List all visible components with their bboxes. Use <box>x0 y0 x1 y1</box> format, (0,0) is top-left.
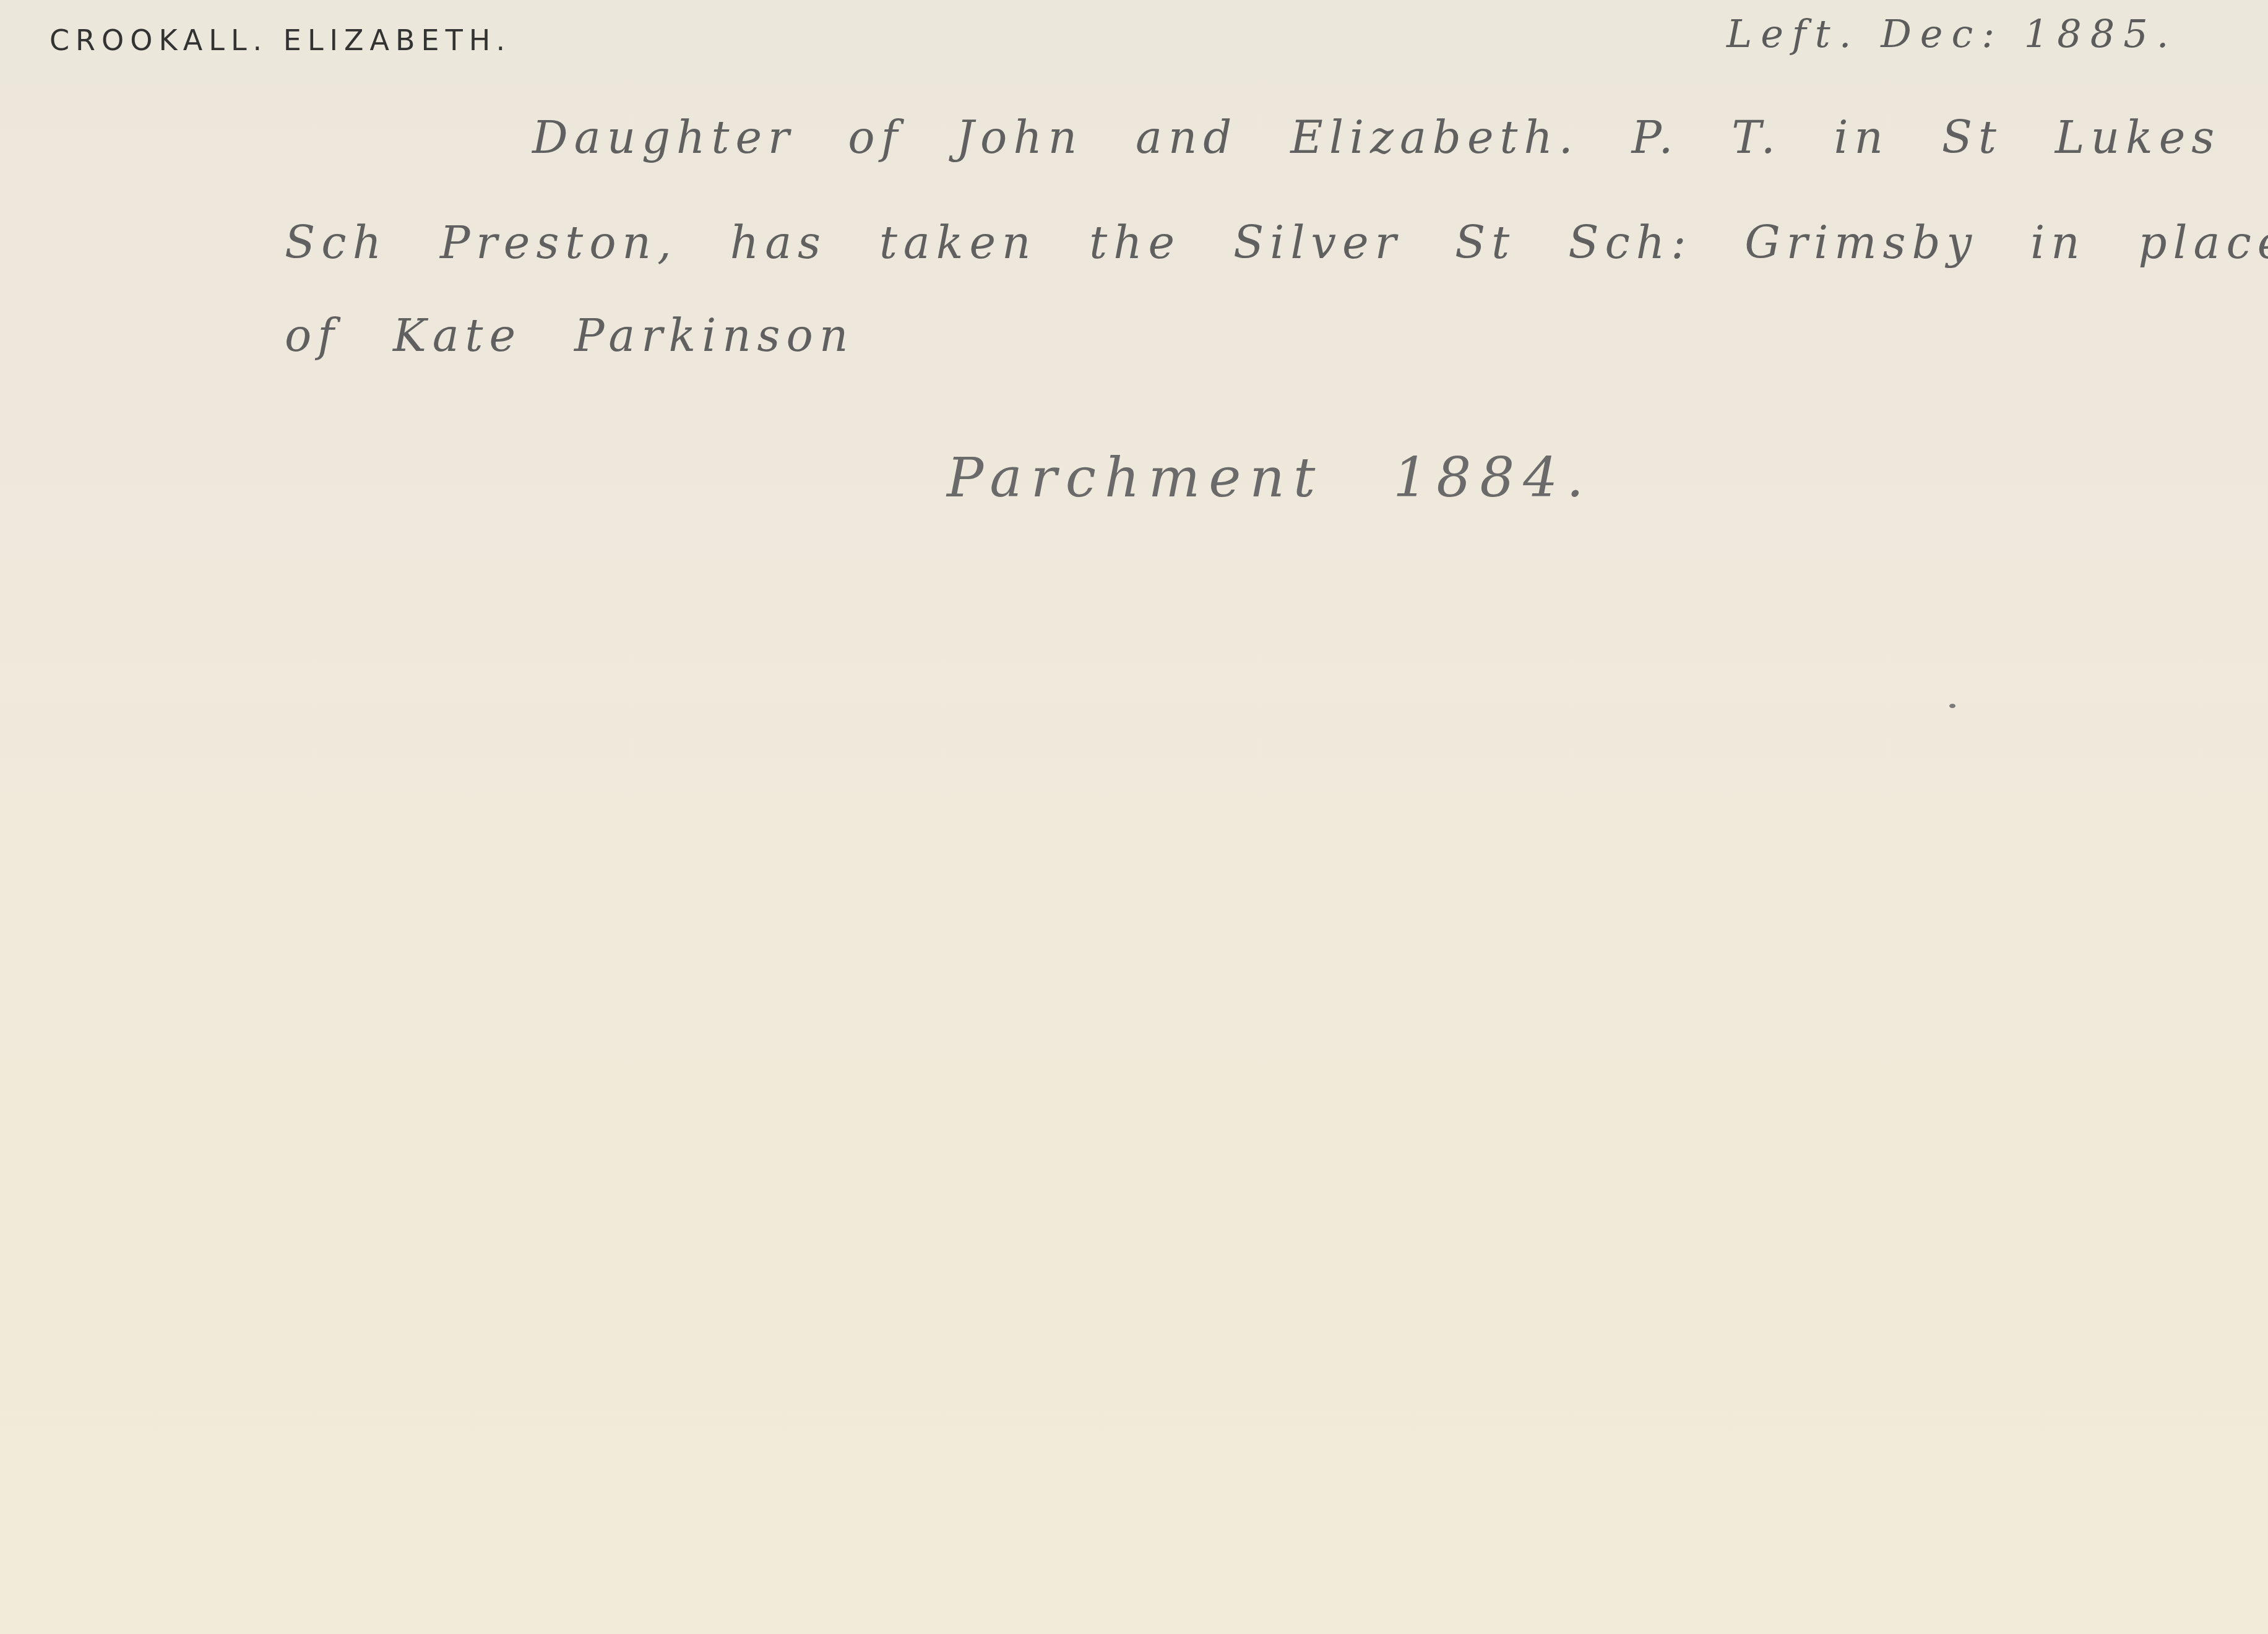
paper-speck-mark <box>1949 704 1955 708</box>
record-text-line-2: Sch Preston, has taken the Silver St Sch… <box>285 217 2268 269</box>
record-name: CROOKALL. ELIZABETH. <box>50 24 511 57</box>
left-date-note: Left. Dec: 1885. <box>1727 11 2177 56</box>
handwritten-record-card: CROOKALL. ELIZABETH. Left. Dec: 1885. Da… <box>0 0 2268 1634</box>
record-text-line-3: of Kate Parkinson <box>285 309 854 361</box>
record-text-line-1: Daughter of John and Elizabeth. P. T. in… <box>532 111 2268 163</box>
parchment-note: Parchment 1884. <box>947 446 1592 509</box>
